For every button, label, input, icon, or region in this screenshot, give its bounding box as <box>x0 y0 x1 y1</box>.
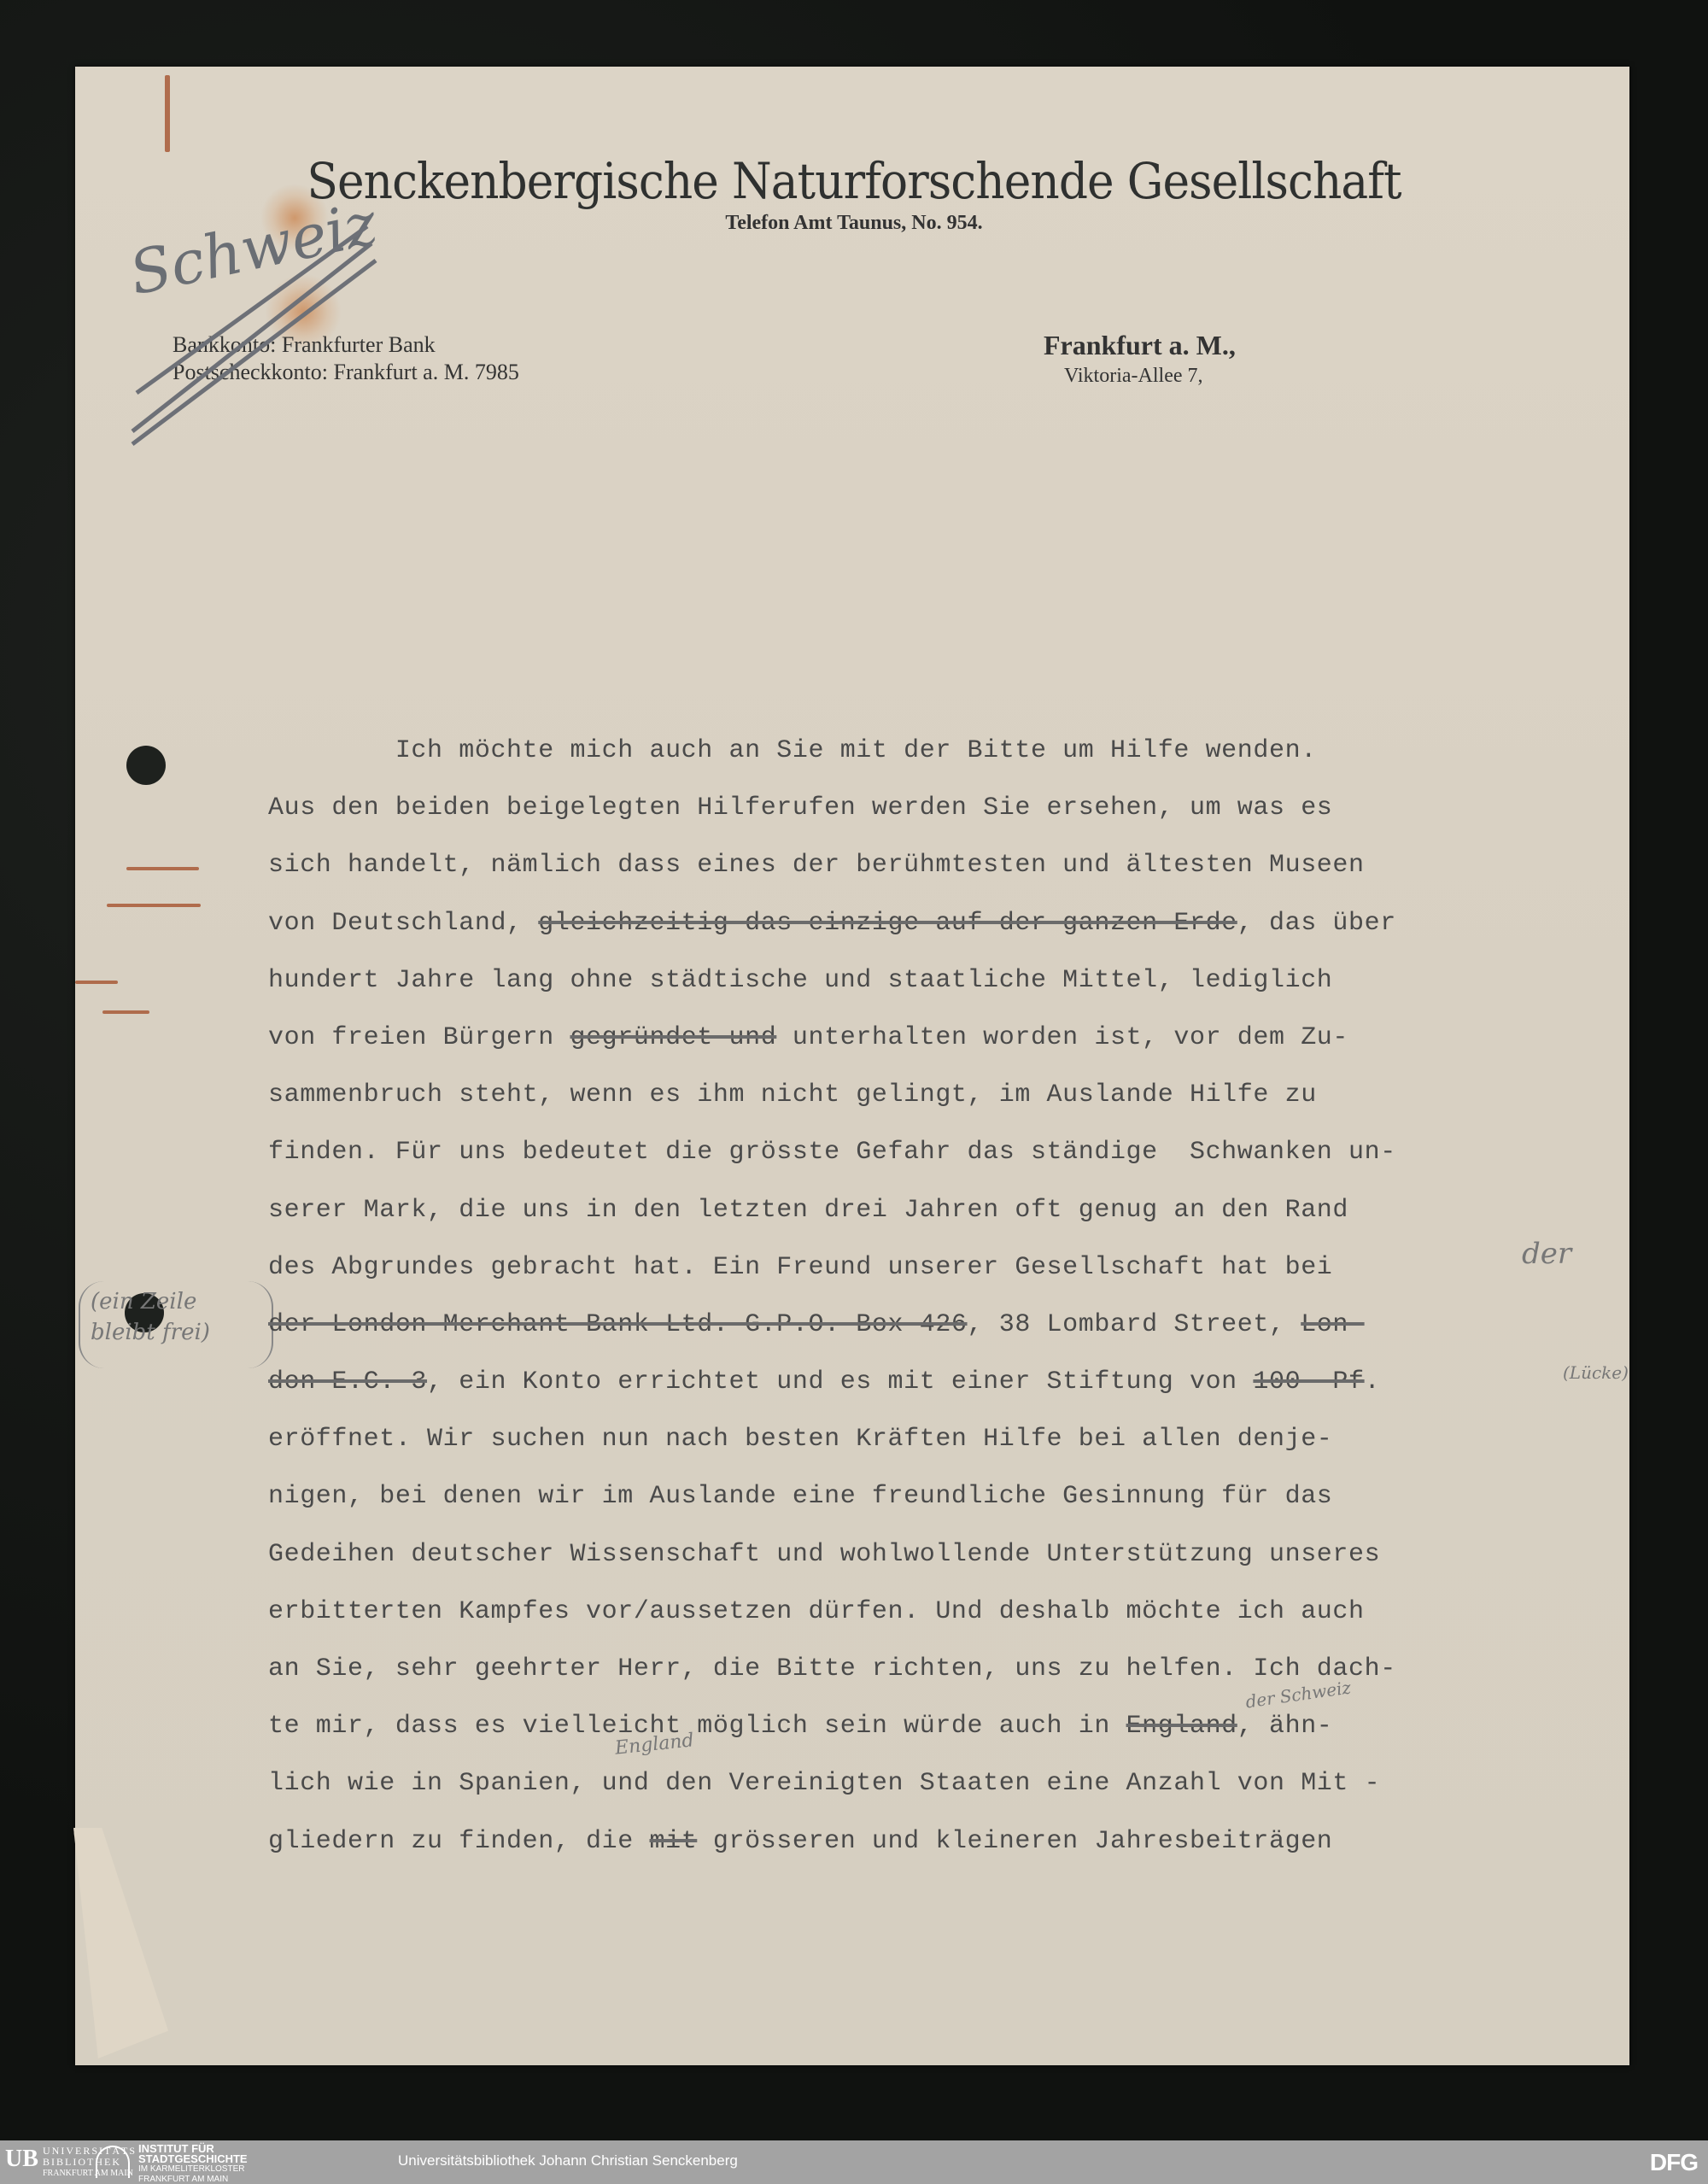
struck-text: don E.C. 3 <box>268 1367 427 1396</box>
body-line: te mir, dass es vielleicht möglich sein … <box>268 1698 1600 1755</box>
typed-text: , 38 Lombard Street, <box>968 1310 1301 1339</box>
struck-text: England <box>1126 1712 1237 1741</box>
isg-arch-icon <box>96 2146 130 2178</box>
body-line: don E.C. 3, ein Konto errichtet und es m… <box>268 1354 1600 1411</box>
body-line: Gedeihen deutscher Wissenschaft und wohl… <box>268 1526 1600 1584</box>
body-line: lich wie in Spanien, und den Vereinigten… <box>268 1755 1600 1812</box>
street: Viktoria-Allee 7, <box>1064 365 1236 388</box>
margin-note: (ein Zeile bleibt frei) <box>79 1281 273 1368</box>
typed-text: nigen, bei denen wir im Auslande eine fr… <box>268 1482 1332 1511</box>
typed-text: von Deutschland, <box>268 909 538 938</box>
struck-text: Lon- <box>1301 1310 1364 1339</box>
rust-mark <box>102 1010 149 1014</box>
dfg-logo: DFG <box>1650 2149 1698 2176</box>
pencil-strike-lines <box>128 222 384 453</box>
typed-text: , das über <box>1237 909 1396 938</box>
typed-text: Gedeihen deutscher Wissenschaft und wohl… <box>268 1540 1380 1569</box>
typed-text: Ich möchte mich auch an Sie mit der Bitt… <box>268 736 1317 765</box>
typed-text: , ähn- <box>1237 1712 1333 1741</box>
typed-text: Aus den beiden beigelegten Hilferufen we… <box>268 793 1332 823</box>
typed-text: von freien Bürgern <box>268 1023 570 1052</box>
typed-text: des Abgrundes gebracht hat. Ein Freund u… <box>268 1253 1332 1282</box>
typed-text: finden. Für uns bedeutet die grösste Gef… <box>268 1138 1396 1167</box>
typed-text: grösseren und kleineren Jahresbeiträgen <box>697 1827 1332 1856</box>
body-line: Aus den beiden beigelegten Hilferufen we… <box>268 780 1600 837</box>
typed-text: gliedern zu finden, die <box>268 1827 649 1856</box>
rust-mark <box>165 75 170 152</box>
body-line: sich handelt, nämlich dass eines der ber… <box>268 837 1600 894</box>
typed-text: an Sie, sehr geehrter Herr, die Bitte ri… <box>268 1654 1396 1683</box>
isg-line2: STADTGESCHICHTE <box>138 2152 248 2165</box>
typed-text: erbitterten Kampfes vor/aussetzen dürfen… <box>268 1597 1365 1626</box>
punch-hole <box>126 746 166 785</box>
typed-text: eröffnet. Wir suchen nun nach besten Krä… <box>268 1425 1332 1454</box>
isg-line3: IM KARMELITERKLOSTER <box>138 2164 248 2175</box>
body-line: von freien Bürgern gegründet und unterha… <box>268 1010 1600 1067</box>
body-line: an Sie, sehr geehrter Herr, die Bitte ri… <box>268 1641 1600 1698</box>
struck-text: gegründet und <box>570 1023 776 1052</box>
ub-logo: UB <box>5 2146 38 2173</box>
body-line: erbitterten Kampfes vor/aussetzen dürfen… <box>268 1584 1600 1641</box>
city: Frankfurt a. M., <box>1044 330 1236 361</box>
typed-text: unterhalten worden ist, vor dem Zu- <box>776 1023 1348 1052</box>
struck-text: der London Merchant Bank Ltd. G.P.O. Box… <box>268 1310 968 1339</box>
typed-text: te mir, dass es vielleicht möglich sein … <box>268 1712 1126 1741</box>
body-line: Ich möchte mich auch an Sie mit der Bitt… <box>268 723 1600 780</box>
typed-text: . <box>1365 1367 1381 1396</box>
rust-mark <box>75 981 118 984</box>
typed-text: sammenbruch steht, wenn es ihm nicht gel… <box>268 1080 1317 1110</box>
body-line: gliedern zu finden, die mit grösseren un… <box>268 1813 1600 1871</box>
body-line: hundert Jahre lang ohne städtische und s… <box>268 952 1600 1010</box>
typed-text: sich handelt, nämlich dass eines der ber… <box>268 851 1365 880</box>
typed-text: hundert Jahre lang ohne städtische und s… <box>268 966 1332 995</box>
body-line: nigen, bei denen wir im Auslande eine fr… <box>268 1468 1600 1525</box>
address-block: Frankfurt a. M., Viktoria-Allee 7, <box>1044 330 1236 388</box>
letter-body: Ich möchte mich auch an Sie mit der Bitt… <box>268 723 1600 1871</box>
body-line: finden. Für uns bedeutet die grösste Gef… <box>268 1124 1600 1181</box>
rust-mark <box>107 904 201 907</box>
footer-bar: UB UNIVERSITÄTS BIBLIOTHEK FRANKFURT AM … <box>0 2140 1708 2184</box>
body-line: der London Merchant Bank Ltd. G.P.O. Box… <box>268 1297 1600 1354</box>
library-name: Universitätsbibliothek Johann Christian … <box>398 2152 738 2169</box>
body-line: serer Mark, die uns in den letzten drei … <box>268 1182 1600 1239</box>
isg-line4: FRANKFURT AM MAIN <box>138 2175 248 2184</box>
rust-mark <box>126 867 199 870</box>
body-line: eröffnet. Wir suchen nun nach besten Krä… <box>268 1411 1600 1468</box>
struck-text: gleichzeitig das einzige auf der ganzen … <box>538 909 1237 938</box>
struck-text: mit <box>649 1827 697 1856</box>
isg-label: INSTITUT FÜR STADTGESCHICHTE IM KARMELIT… <box>138 2144 248 2184</box>
body-line: sammenbruch steht, wenn es ihm nicht gel… <box>268 1067 1600 1124</box>
typed-text: , ein Konto errichtet und es mit einer S… <box>427 1367 1253 1396</box>
body-line: des Abgrundes gebracht hat. Ein Freund u… <box>268 1239 1600 1297</box>
typed-text: lich wie in Spanien, und den Vereinigten… <box>268 1769 1380 1798</box>
body-line: von Deutschland, gleichzeitig das einzig… <box>268 895 1600 952</box>
typed-text: serer Mark, die uns in den letzten drei … <box>268 1196 1348 1225</box>
struck-text: 100 Pf <box>1253 1367 1364 1396</box>
